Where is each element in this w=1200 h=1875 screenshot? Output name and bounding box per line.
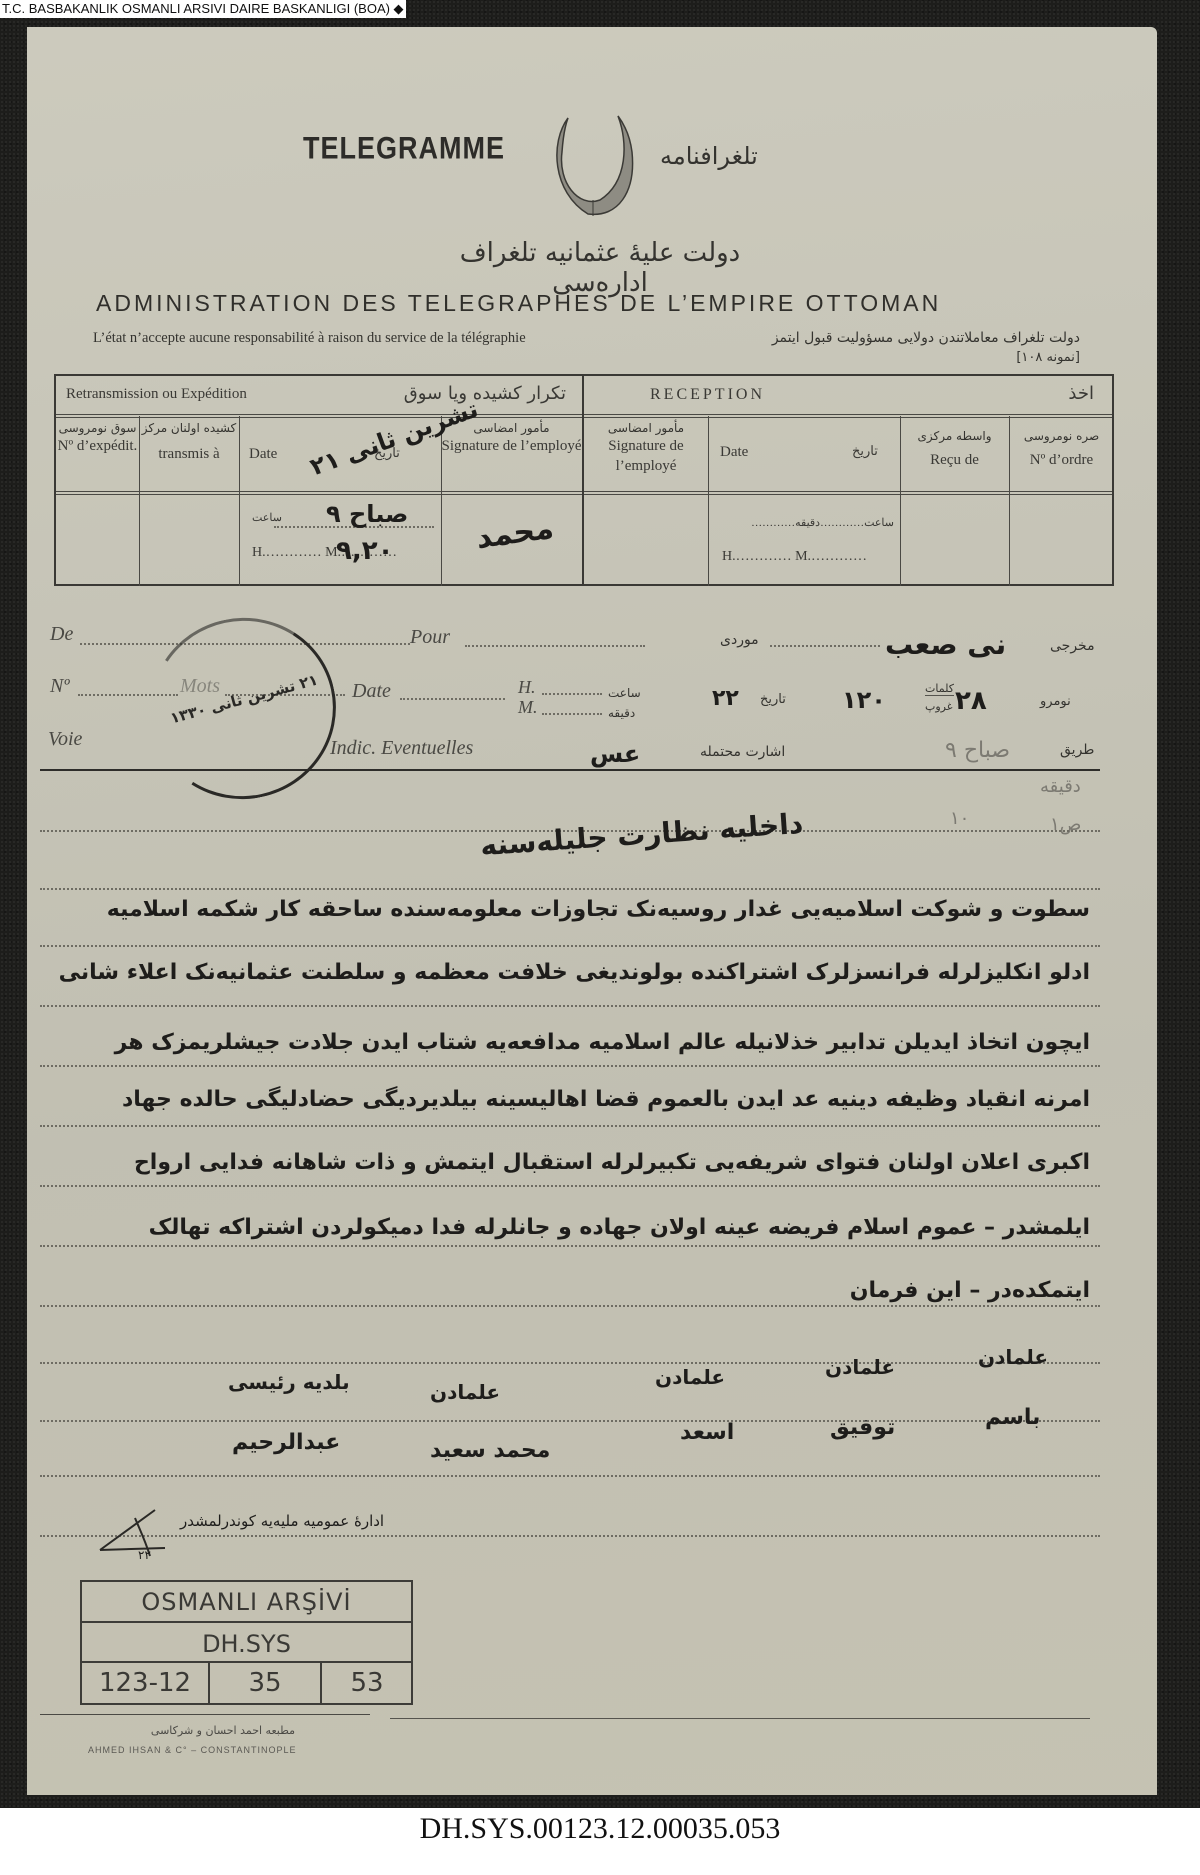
date-label-ottoman: تاریخ — [760, 692, 786, 707]
message-line-text: ایلمشدر – عموم اسلام فریضه عینه اولان جه… — [40, 1215, 1090, 1240]
groups-label-ottoman: غروپ — [925, 700, 953, 713]
number-handwritten: ٢٨ — [955, 686, 987, 716]
expedition-header-fr: Retransmission ou Expédition — [66, 384, 247, 404]
official-note-day: ٢٢ — [138, 1548, 151, 1562]
expedition-time-handwritten: صباح ٩ — [326, 500, 408, 528]
minutes-field — [542, 713, 602, 715]
archive-file-number: 35 — [210, 1663, 322, 1703]
document-reference-caption: DH.SYS.00123.12.00035.053 — [0, 1812, 1200, 1846]
signatory-title: علمادن — [825, 1355, 895, 1379]
message-line-text: ادلو انکلیزلرله فرانسزلرک اشتراکنده بولو… — [40, 960, 1090, 985]
words-label-ottoman: کلمات — [925, 682, 954, 696]
archive-stamp-collection: DH.SYS — [82, 1623, 411, 1663]
table-divider — [584, 414, 1112, 418]
sender-handwritten: نی صعب — [885, 628, 1006, 661]
expedition-table: Retransmission ou Expédition تکرار کشیده… — [54, 374, 584, 586]
sender-label-ottoman: مخرجی — [1050, 638, 1095, 654]
printer-line-ottoman: مطبعه احمد احسان و شرکاسی — [85, 1724, 295, 1737]
number-label-ottoman: نومرو — [1040, 694, 1071, 709]
minute-label-ottoman: دقیقه — [608, 706, 635, 720]
archive-dossier-number: 123-12 — [82, 1663, 210, 1703]
hours-minutes-label: H.………… M.………… — [722, 548, 867, 567]
archive-page-number: 53 — [322, 1663, 412, 1703]
col-label: Nº d’expédit. — [56, 436, 139, 456]
col-label: Nº d’ordre — [1009, 450, 1114, 470]
message-line-text: ایچون اتخاذ ایدیلن تدابیر خذلانیله عالم … — [40, 1030, 1090, 1055]
message-line — [40, 1125, 1100, 1127]
footer-rule — [390, 1718, 1090, 1719]
route-label-ottoman: طریق — [1060, 742, 1094, 758]
col-expedition-number: سوق نومروسی Nº d’expédit. — [56, 420, 139, 456]
archive-stamp-numbers: 123-12 35 53 — [82, 1663, 411, 1703]
message-line-text: ایتمکده‌در – این فرمان — [40, 1278, 1090, 1303]
col-label: transmis à — [139, 444, 239, 464]
message-line-text: اکبری اعلان اولنان فتوای شریفه‌یی تکبیرل… — [40, 1150, 1090, 1175]
number-label: Nº — [50, 675, 70, 698]
disclaimer-ottoman: دولت تلغراف معاملاتندن دولایی مسؤولیت قب… — [740, 330, 1080, 346]
route-label: Voie — [48, 728, 82, 751]
footer-rule — [40, 1714, 370, 1715]
telegramme-title-ottoman: تلغرافنامه — [660, 142, 758, 170]
hour-label-ottoman: ساعت — [608, 686, 641, 700]
message-line — [40, 945, 1100, 947]
reception-header-fr: RECEPTION — [650, 384, 765, 406]
message-line — [40, 1475, 1100, 1477]
administration-title-ottoman: دولت عليهٔ عثمانيه تلغراف اداره‌سی — [410, 238, 790, 298]
signatory-title: علمادن — [978, 1345, 1048, 1369]
disclaimer-fr: L’état n’accepte aucune responsabilité à… — [93, 330, 526, 347]
col-label: Signature de l’employé — [441, 436, 582, 456]
message-line — [40, 1065, 1100, 1067]
administration-title: ADMINISTRATION DES TELEGRAPHES DE L’EMPI… — [96, 290, 941, 317]
signatory-name: باسم — [985, 1405, 1040, 1430]
to-field-ottoman — [770, 645, 880, 647]
expedition-header-ottoman: تکرار کشیده ویا سوق — [316, 382, 566, 406]
hours-field — [542, 693, 602, 695]
col-received-from: واسطه مرکزی Reçu de — [900, 428, 1009, 470]
message-line — [40, 1185, 1100, 1187]
col-employee-signature: مأمور امضاسی Signature de l’employé — [441, 420, 582, 456]
pencil-note: دقیقه — [1040, 776, 1081, 797]
words-count-handwritten: ١٢٠ — [842, 686, 886, 714]
col-date-label: Date — [249, 444, 277, 464]
date-label: Date — [352, 680, 391, 703]
time-label-ottoman: ساعت — [252, 511, 282, 526]
signatory-title: بلدیه رئیسی — [228, 1370, 350, 1394]
table-divider — [584, 491, 1112, 495]
message-line-text: سطوت و شوکت اسلامیه‌یی غدار روسیه‌نک تجا… — [40, 897, 1090, 922]
signatory-name: اسعد — [680, 1420, 734, 1445]
indications-label-ottoman: اشارت محتمله — [700, 744, 785, 760]
date-field — [400, 698, 505, 700]
official-note: ادارهٔ عمومیه ملیه‌یه کوندرلمشدر — [180, 1512, 384, 1530]
reception-table: RECEPTION اخذ مأمور امضاسی Signature de … — [582, 374, 1114, 586]
route-handwritten: صباح ٩ — [945, 738, 1010, 763]
signatory-title: علمادن — [655, 1365, 725, 1389]
from-label: De — [50, 623, 73, 646]
indications-label: Indic. Eventuelles — [330, 737, 473, 760]
archive-stamp-title: OSMANLI ARŞİVİ — [82, 1582, 411, 1623]
reception-header-ottoman: اخذ — [1014, 382, 1094, 406]
expedition-hm-handwritten: ٩,٢٠ — [336, 536, 393, 566]
to-field — [465, 645, 645, 647]
signatory-name: محمد سعید — [430, 1438, 550, 1463]
employee-signature-handwritten: محمد — [474, 511, 556, 556]
message-line — [40, 1245, 1100, 1247]
to-label: Pour — [410, 626, 450, 649]
message-line — [40, 1305, 1100, 1307]
message-line — [40, 1362, 1100, 1364]
to-label-ottoman: موردی — [720, 632, 759, 648]
table-divider — [56, 491, 582, 495]
time-label-ottoman: ساعت…………دقیقه………… — [724, 516, 894, 531]
message-line — [40, 1005, 1100, 1007]
signatory-title: علمادن — [430, 1380, 500, 1404]
minutes-label: M. — [518, 697, 538, 718]
printer-line: AHMED IHSAN & C° – CONSTANTINOPLE — [88, 1745, 296, 1755]
message-line — [40, 1420, 1100, 1422]
col-label: Reçu de — [900, 450, 1009, 470]
archive-header-label: T.C. BASBAKANLIK OSMANLI ARSIVI DAIRE BA… — [0, 0, 406, 18]
col-date-label: Date — [720, 442, 748, 462]
col-transmitted-to: کشیده اولنان مرکز transmis à — [139, 420, 239, 464]
form-number: [نمونه ١٠٨] — [980, 350, 1080, 365]
hours-label: H. — [518, 677, 536, 698]
indications-handwritten: عس — [590, 740, 640, 768]
table-divider — [56, 414, 582, 418]
crescent-emblem-icon — [548, 112, 640, 220]
message-line — [40, 888, 1100, 890]
col-label: Signature de l’employé — [584, 436, 708, 477]
archive-stamp: OSMANLI ARŞİVİ DH.SYS 123-12 35 53 — [80, 1580, 413, 1705]
column-divider — [239, 416, 240, 586]
col-date-label-ottoman: تاریخ — [852, 442, 878, 460]
signatory-name: عبدالرحیم — [232, 1430, 340, 1455]
date-handwritten: ٢٢ — [712, 686, 739, 711]
column-divider — [708, 416, 709, 586]
col-employee-signature: مأمور امضاسی Signature de l’employé — [584, 420, 708, 477]
telegramme-title: TELEGRAMME — [303, 131, 505, 167]
message-line-text: امرنه انقیاد وظیفه دینیه عد ایدن بالعموم… — [40, 1087, 1090, 1112]
signatory-name: توفیق — [830, 1415, 895, 1440]
pencil-note: ١٠ — [950, 808, 969, 829]
col-order-number: صره نومروسی Nº d’ordre — [1009, 428, 1114, 470]
